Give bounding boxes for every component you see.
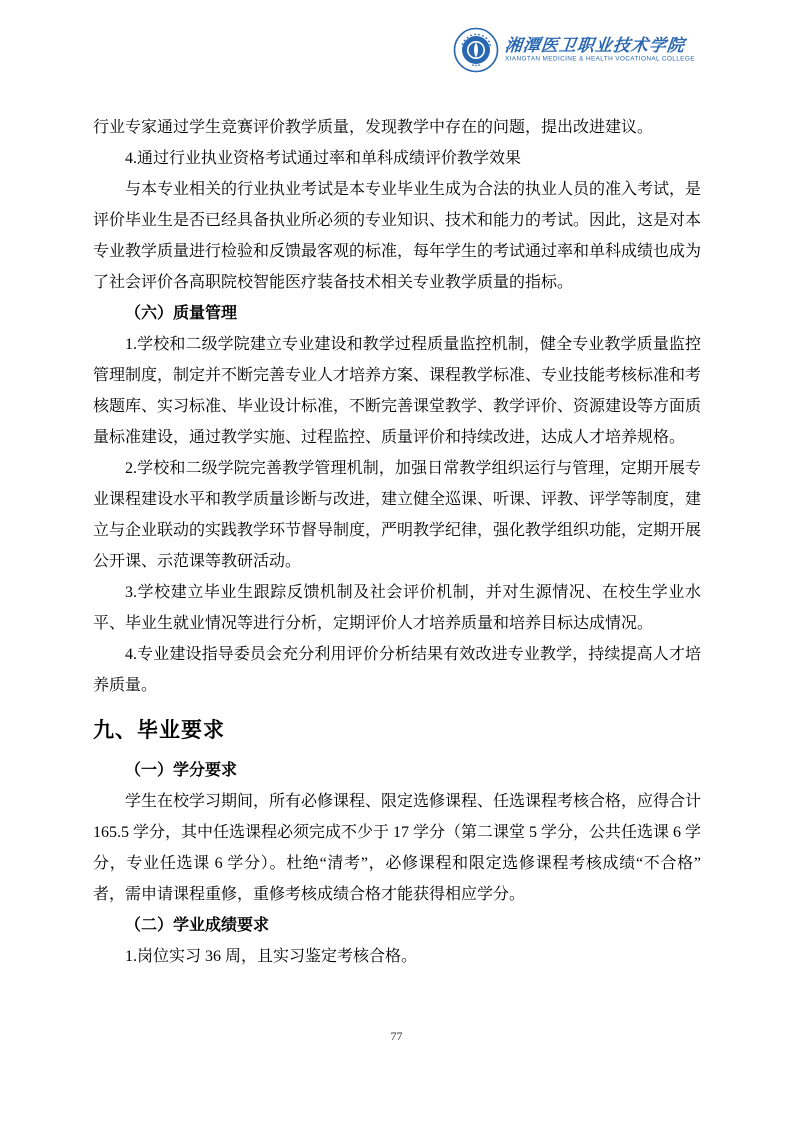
- document-body: 行业专家通过学生竞赛评价教学质量，发现教学中存在的问题，提出改进建议。 4.通过…: [93, 112, 701, 972]
- section-heading-quality-management: （六）质量管理: [93, 298, 701, 329]
- college-name-en: XIANGTAN MEDICINE & HEALTH VOCATIONAL CO…: [505, 55, 695, 63]
- body-paragraph-continuation: 行业专家通过学生竞赛评价教学质量，发现教学中存在的问题，提出改进建议。: [93, 112, 701, 143]
- college-logo: 湘潭医卫职业技术学院 XIANGTAN MEDICINE & HEALTH VO…: [453, 27, 711, 73]
- section-heading-academic-performance: （二）学业成绩要求: [93, 910, 701, 941]
- college-seal-icon: [453, 27, 499, 73]
- page-number: 77: [391, 1029, 403, 1043]
- body-paragraph-teaching-management: 2.学校和二级学院完善教学管理机制，加强日常教学组织运行与管理，定期开展专业课程…: [93, 453, 701, 577]
- body-paragraph-credit-details: 学生在校学习期间，所有必修课程、限定选修课程、任选课程考核合格，应得合计165.…: [93, 786, 701, 910]
- page-footer: 77: [0, 1029, 793, 1044]
- body-paragraph-committee-improvement: 4.专业建设指导委员会充分利用评价分析结果有效改进专业教学，持续提高人才培养质量…: [93, 639, 701, 701]
- body-paragraph-internship-requirement: 1.岗位实习 36 周，且实习鉴定考核合格。: [93, 941, 701, 972]
- body-paragraph-licensing-exam: 与本专业相关的行业执业考试是本专业毕业生成为合法的执业人员的准入考试，是评价毕业…: [93, 174, 701, 298]
- chapter-heading-graduation-requirements: 九、毕业要求: [93, 714, 701, 748]
- document-page: 湘潭医卫职业技术学院 XIANGTAN MEDICINE & HEALTH VO…: [0, 0, 793, 1122]
- section-heading-credit-requirements: （一）学分要求: [93, 755, 701, 786]
- college-name-cn: 湘潭医卫职业技术学院: [504, 36, 712, 55]
- body-paragraph-monitoring-mechanism: 1.学校和二级学院建立专业建设和教学过程质量监控机制，健全专业教学质量监控管理制…: [93, 329, 701, 453]
- college-name-block: 湘潭医卫职业技术学院 XIANGTAN MEDICINE & HEALTH VO…: [505, 36, 711, 64]
- numbered-item-4-teaching-effect: 4.通过行业执业资格考试通过率和单科成绩评价教学效果: [93, 143, 701, 174]
- body-paragraph-graduate-tracking: 3.学校建立毕业生跟踪反馈机制及社会评价机制，并对生源情况、在校生学业水平、毕业…: [93, 577, 701, 639]
